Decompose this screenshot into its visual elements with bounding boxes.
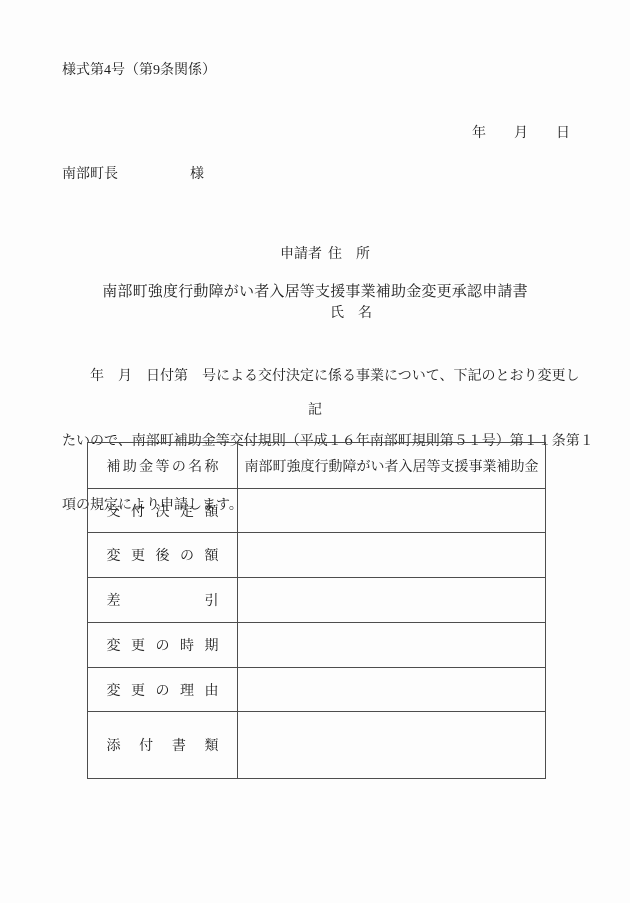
row-label-cell: 変更後の額 [88, 533, 238, 578]
row-label: 補助金等の名称 [107, 456, 219, 476]
table-row: 交付決定額 [88, 489, 546, 533]
date-line: 年 月 日 [472, 126, 570, 142]
row-label: 変更の理由 [107, 680, 219, 700]
applicant-address-label: 住 所 [328, 245, 370, 265]
applicant-name-label: 氏 名 [330, 304, 372, 324]
row-label: 添付書類 [107, 735, 219, 755]
table-row: 変更後の額 [88, 533, 546, 578]
row-label: 差引 [107, 590, 219, 610]
row-label-cell: 補助金等の名称 [88, 443, 238, 489]
row-value-cell [238, 623, 546, 668]
addressee-name: 南部町長 [62, 167, 118, 182]
ki-heading: 記 [0, 403, 630, 419]
row-label-cell: 差引 [88, 578, 238, 623]
form-table: 補助金等の名称 南部町強度行動障がい者入居等支援事業補助金 交付決定額 変更後の… [87, 442, 546, 779]
row-value-cell [238, 489, 546, 533]
addressee-honorific: 様 [190, 167, 204, 183]
row-label: 交付決定額 [107, 501, 219, 521]
table-row: 差引 [88, 578, 546, 623]
row-label-cell: 変更の時期 [88, 623, 238, 668]
table-row: 添付書類 [88, 712, 546, 779]
addressee-line: 南部町長様 [62, 167, 204, 183]
form-number-label: 様式第4号（第9条関係） [62, 63, 216, 79]
row-value-cell [238, 533, 546, 578]
row-value-cell [238, 578, 546, 623]
row-value-cell [238, 668, 546, 712]
row-label-cell: 交付決定額 [88, 489, 238, 533]
row-label: 変更の時期 [107, 635, 219, 655]
row-label-cell: 添付書類 [88, 712, 238, 779]
table-row: 変更の理由 [88, 668, 546, 712]
row-value-cell [238, 712, 546, 779]
applicant-address-line: 申請者住 所 [280, 245, 372, 265]
table-row: 補助金等の名称 南部町強度行動障がい者入居等支援事業補助金 [88, 443, 546, 489]
row-label: 変更後の額 [107, 545, 219, 565]
row-label-cell: 変更の理由 [88, 668, 238, 712]
applicant-label: 申請者 [280, 247, 322, 262]
document-title: 南部町強度行動障がい者入居等支援事業補助金変更承認申請書 [0, 284, 630, 301]
table-row: 変更の時期 [88, 623, 546, 668]
row-value-cell: 南部町強度行動障がい者入居等支援事業補助金 [238, 443, 546, 489]
body-line: 年 月 日付第 号による交付決定に係る事業について、下記のとおり変更し [62, 366, 602, 388]
